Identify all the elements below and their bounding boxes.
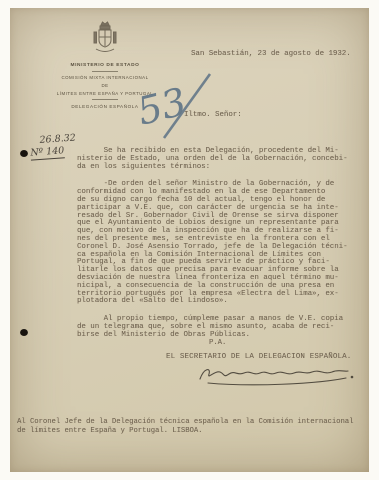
closing-pa: P.A. xyxy=(209,339,226,347)
footer-address: Al Coronel Jefe de la Delegación técnica… xyxy=(17,418,353,435)
coat-of-arms-icon xyxy=(92,41,118,58)
signature-scrawl-icon xyxy=(196,360,358,395)
registry-number-digits: 53 xyxy=(133,79,191,133)
scanned-letter-page: MINISTERIO DE ESTADO COMISIÓN MIXTA INTE… xyxy=(0,0,379,480)
body-paragraph-1: Se ha recibido en esta Delegación, proce… xyxy=(77,148,348,171)
letter-body: Se ha recibido en esta Delegación, proce… xyxy=(77,148,348,350)
body-paragraph-3: Al propio tiempo, cúmpleme pasar a manos… xyxy=(77,316,348,339)
letterhead-divider-2 xyxy=(92,99,118,100)
body-paragraph-2: -De orden del señor Ministro de la Gober… xyxy=(77,181,348,306)
received-note: 26.8.32 Nº 140 xyxy=(29,132,77,159)
punch-hole-bottom xyxy=(20,329,28,336)
registry-number-annotation: 53 xyxy=(130,68,220,142)
punch-hole-top xyxy=(20,150,28,157)
letterhead-divider xyxy=(92,71,118,72)
salutation: Iltmo. Señor: xyxy=(184,111,242,119)
dateline: San Sebastián, 23 de agosto de 1932. xyxy=(191,50,351,58)
file-number-note: Nº 140 xyxy=(30,145,65,160)
